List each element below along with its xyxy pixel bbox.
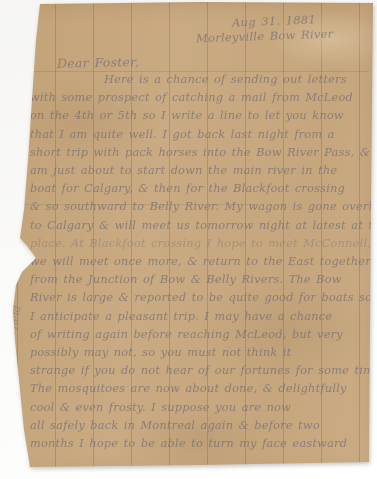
letter-line: place. At Blackfoot crossing I hope to m… (30, 235, 371, 253)
letter-line: The mosquitoes are now about done, & del… (30, 380, 371, 398)
letter-line: River is large & reported to be quite go… (30, 289, 371, 307)
letter-line: short trip with pack horses into the Bow… (30, 144, 371, 162)
scan-background: Aug 31. 1881 Morleyville Bow River Dear … (0, 0, 377, 479)
letter-line: possibly may not, so you must not think … (30, 344, 371, 362)
letter-line: of writing again before reaching McLeod,… (30, 326, 371, 344)
letter-line: boat for Calgary, & then for the Blackfo… (30, 180, 371, 198)
letter-line: with some prospect of catching a mail fr… (30, 89, 371, 107)
letter-line: strange if you do not hear of our fortun… (30, 362, 371, 380)
letter-paper-shadow: Aug 31. 1881 Morleyville Bow River Dear … (0, 0, 377, 479)
letter-paper: Aug 31. 1881 Morleyville Bow River Dear … (0, 0, 377, 479)
letter-body: Here is a chance of sending out lettersw… (30, 71, 371, 453)
letter-line: & so southward to Belly River. My wagon … (30, 198, 371, 216)
letter-line: that I am quite well. I got back last ni… (30, 126, 371, 144)
letter-line: we will meet once more, & return to the … (30, 253, 371, 271)
salutation: Dear Foster, (57, 54, 140, 71)
letter-line: I anticipate a pleasant trip. I may have… (30, 308, 371, 326)
letter-line: all safely back in Montreal again & befo… (30, 417, 371, 435)
letter-line: months I hope to be able to turn my face… (30, 435, 371, 453)
letter-line: am just about to start down the main riv… (30, 162, 371, 180)
letter-line: from the Junction of Bow & Belly Rivers.… (30, 271, 371, 289)
letter-line: on the 4th or 5th so I write a line to l… (30, 107, 371, 125)
letter-line: Here is a chance of sending out letters (30, 71, 371, 89)
letter-line: to Calgary & will meet us tomorrow night… (30, 217, 371, 235)
letter-line: cool & even frosty. I suppose you are no… (30, 399, 371, 417)
